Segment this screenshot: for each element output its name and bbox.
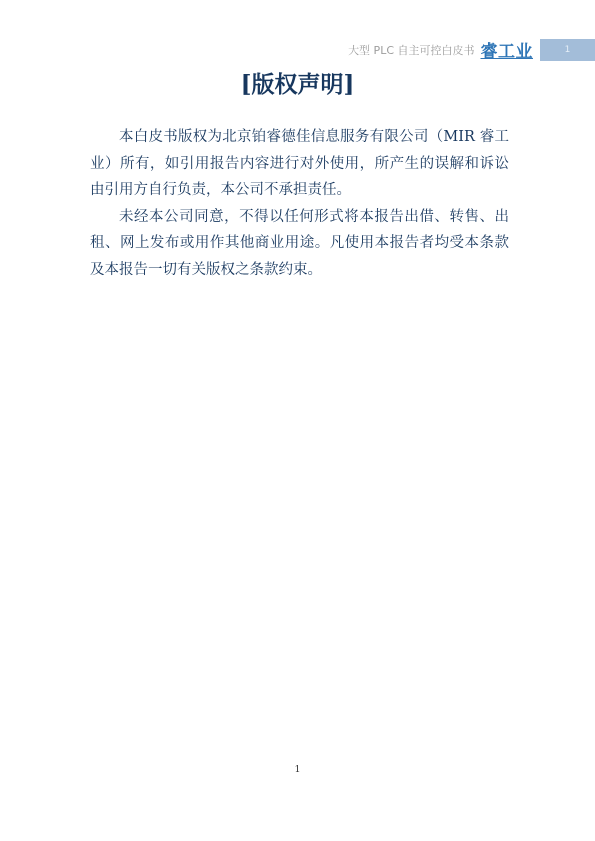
header-page-badge: 1 <box>540 39 595 61</box>
copyright-paragraph-1: 本白皮书版权为北京铂睿德佳信息服务有限公司（MIR 睿工业）所有，如引用报告内容… <box>90 124 509 204</box>
copyright-paragraph-2: 未经本公司同意，不得以任何形式将本报告出借、转售、出租、网上发布或用作其他商业用… <box>90 204 509 284</box>
page-header: 大型 PLC 自主可控白皮书 睿工业 1 <box>348 37 595 62</box>
document-page: 大型 PLC 自主可控白皮书 睿工业 1 [版权声明] 本白皮书版权为北京铂睿德… <box>0 0 595 841</box>
page-footer: 1 <box>0 764 595 775</box>
page-title: [版权声明] <box>0 70 595 100</box>
brand-logo: 睿工业 <box>481 37 534 62</box>
footer-page-number: 1 <box>294 764 300 775</box>
header-doc-title: 大型 PLC 自主可控白皮书 <box>348 42 474 58</box>
copyright-statement: 本白皮书版权为北京铂睿德佳信息服务有限公司（MIR 睿工业）所有，如引用报告内容… <box>90 124 509 283</box>
